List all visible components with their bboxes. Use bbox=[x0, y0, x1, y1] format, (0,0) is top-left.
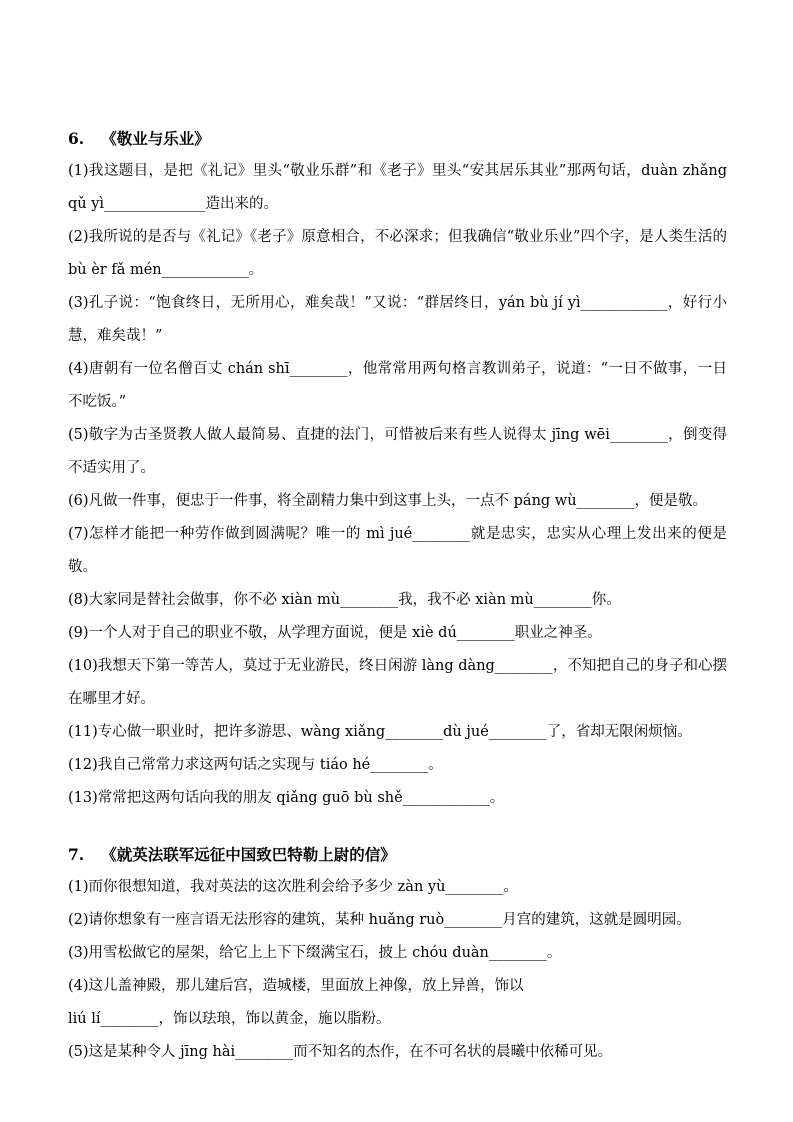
item-text: 孔子说：“饱食终日，无所用心，难矣哉！”又说：“群居终日，yán bù jí y… bbox=[68, 295, 727, 344]
item-number: (4) bbox=[68, 361, 89, 377]
item-text: 用雪松做它的屋架，给它上上下下缀满宝石，披上 chóu duàn________… bbox=[89, 945, 562, 961]
item-text: 敬字为古圣贤教人做人最简易、直捷的法门，可惜被后来有些人说得太 jīng wēi… bbox=[68, 427, 727, 476]
item-number: (4) bbox=[68, 978, 89, 994]
item-text: 常常把这两句话向我的朋友 qiǎng guō bù shě___________… bbox=[98, 790, 504, 806]
exercise-item: (5)敬字为古圣贤教人做人最简易、直捷的法门，可惜被后来有些人说得太 jīng … bbox=[68, 419, 727, 485]
item-text: 我自己常常力求这两句话之实现与 tiáo hé________。 bbox=[98, 757, 443, 773]
exercise-item: (3)孔子说：“饱食终日，无所用心，难矣哉！”又说：“群居终日，yán bù j… bbox=[68, 287, 727, 353]
item-text: 凡做一件事，便忠于一件事，将全副精力集中到这事上头，一点不 páng wù___… bbox=[89, 493, 708, 509]
section-heading: 7.《就英法联军远征中国致巴特勒上尉的信》 bbox=[68, 838, 727, 871]
exercise-item: (2)我所说的是否与《礼记》《老子》原意相合，不必深求；但我确信“敬业乐业”四个… bbox=[68, 221, 727, 287]
item-text: 我这题目，是把《礼记》里头“敬业乐群”和《老子》里头“安其居乐其业”那两句话，d… bbox=[68, 163, 727, 212]
item-number: (9) bbox=[68, 625, 89, 641]
item-number: (1) bbox=[68, 879, 89, 895]
item-number: (10) bbox=[68, 658, 98, 674]
exercise-item: (7)怎样才能把一种劳作做到圆满呢？唯一的 mì jué________就是忠实… bbox=[68, 518, 727, 584]
document-page: 6.《敬业与乐业》 (1)我这题目，是把《礼记》里头“敬业乐群”和《老子》里头“… bbox=[0, 0, 793, 1122]
section-heading: 6.《敬业与乐业》 bbox=[68, 122, 727, 155]
section-6: 6.《敬业与乐业》 (1)我这题目，是把《礼记》里头“敬业乐群”和《老子》里头“… bbox=[68, 122, 727, 815]
item-number: (5) bbox=[68, 427, 89, 443]
exercise-item: (10)我想天下第一等苦人，莫过于无业游民，终日闲游 làng dàng____… bbox=[68, 650, 727, 716]
item-text: 这是某种令人 jīng hài________而不知名的杰作，在不可名状的晨曦中… bbox=[89, 1044, 613, 1060]
item-number: (2) bbox=[68, 229, 89, 245]
item-text: 我想天下第一等苦人，莫过于无业游民，终日闲游 làng dàng________… bbox=[68, 658, 727, 707]
section-number: 7. bbox=[68, 838, 84, 871]
exercise-item: (13)常常把这两句话向我的朋友 qiǎng guō bù shě_______… bbox=[68, 782, 727, 815]
item-number: (1) bbox=[68, 163, 89, 179]
item-number: (3) bbox=[68, 295, 89, 311]
exercise-item: (8)大家同是替社会做事，你不必 xiàn mù________我，我不必 xi… bbox=[68, 584, 727, 617]
exercise-item: (4)这儿盖神殿，那儿建后宫，造城楼，里面放上神像，放上异兽，饰以 liú lí… bbox=[68, 970, 727, 1036]
exercise-item: (11)专心做一职业时，把许多游思、wàng xiǎng________dù j… bbox=[68, 716, 727, 749]
exercise-item: (4)唐朝有一位名僧百丈 chán shī________，他常常用两句格言教训… bbox=[68, 353, 727, 419]
item-number: (6) bbox=[68, 493, 89, 509]
section-title: 《就英法联军远征中国致巴特勒上尉的信》 bbox=[101, 845, 396, 864]
section-number: 6. bbox=[68, 122, 84, 155]
item-text: 专心做一职业时，把许多游思、wàng xiǎng________dù jué__… bbox=[98, 724, 692, 740]
item-text: 而你很想知道，我对英法的这次胜利会给予多少 zàn yù________。 bbox=[89, 879, 518, 895]
item-number: (8) bbox=[68, 592, 89, 608]
item-text: 怎样才能把一种劳作做到圆满呢？唯一的 mì jué________就是忠实，忠实… bbox=[68, 526, 727, 575]
item-text: 一个人对于自己的职业不敬，从学理方面说，便是 xiè dú________职业之… bbox=[89, 625, 602, 641]
item-text: 大家同是替社会做事，你不必 xiàn mù________我，我不必 xiàn … bbox=[89, 592, 621, 608]
section-7: 7.《就英法联军远征中国致巴特勒上尉的信》 (1)而你很想知道，我对英法的这次胜… bbox=[68, 838, 727, 1069]
exercise-item: (2)请你想象有一座言语无法形容的建筑，某种 huǎng ruò________… bbox=[68, 904, 727, 937]
exercise-item: (6)凡做一件事，便忠于一件事，将全副精力集中到这事上头，一点不 páng wù… bbox=[68, 485, 727, 518]
item-number: (3) bbox=[68, 945, 89, 961]
item-number: (5) bbox=[68, 1044, 89, 1060]
item-text: 唐朝有一位名僧百丈 chán shī________，他常常用两句格言教训弟子，… bbox=[68, 361, 727, 410]
item-text: 我所说的是否与《礼记》《老子》原意相合，不必深求；但我确信“敬业乐业”四个字，是… bbox=[68, 229, 727, 278]
item-number: (12) bbox=[68, 757, 98, 773]
exercise-item: (12)我自己常常力求这两句话之实现与 tiáo hé________。 bbox=[68, 749, 727, 782]
item-number: (13) bbox=[68, 790, 98, 806]
exercise-item: (9)一个人对于自己的职业不敬，从学理方面说，便是 xiè dú________… bbox=[68, 617, 727, 650]
exercise-item: (1)而你很想知道，我对英法的这次胜利会给予多少 zàn yù________。 bbox=[68, 871, 727, 904]
item-number: (7) bbox=[68, 526, 89, 542]
item-number: (2) bbox=[68, 912, 89, 928]
exercise-item: (1)我这题目，是把《礼记》里头“敬业乐群”和《老子》里头“安其居乐其业”那两句… bbox=[68, 155, 727, 221]
exercise-item: (3)用雪松做它的屋架，给它上上下下缀满宝石，披上 chóu duàn_____… bbox=[68, 937, 727, 970]
section-title: 《敬业与乐业》 bbox=[101, 129, 210, 148]
item-text: 请你想象有一座言语无法形容的建筑，某种 huǎng ruò________月宫的… bbox=[89, 912, 691, 928]
item-number: (11) bbox=[68, 724, 98, 740]
exercise-item: (5)这是某种令人 jīng hài________而不知名的杰作，在不可名状的… bbox=[68, 1036, 727, 1069]
item-text: 这儿盖神殿，那儿建后宫，造城楼，里面放上神像，放上异兽，饰以 liú lí___… bbox=[68, 978, 524, 1027]
